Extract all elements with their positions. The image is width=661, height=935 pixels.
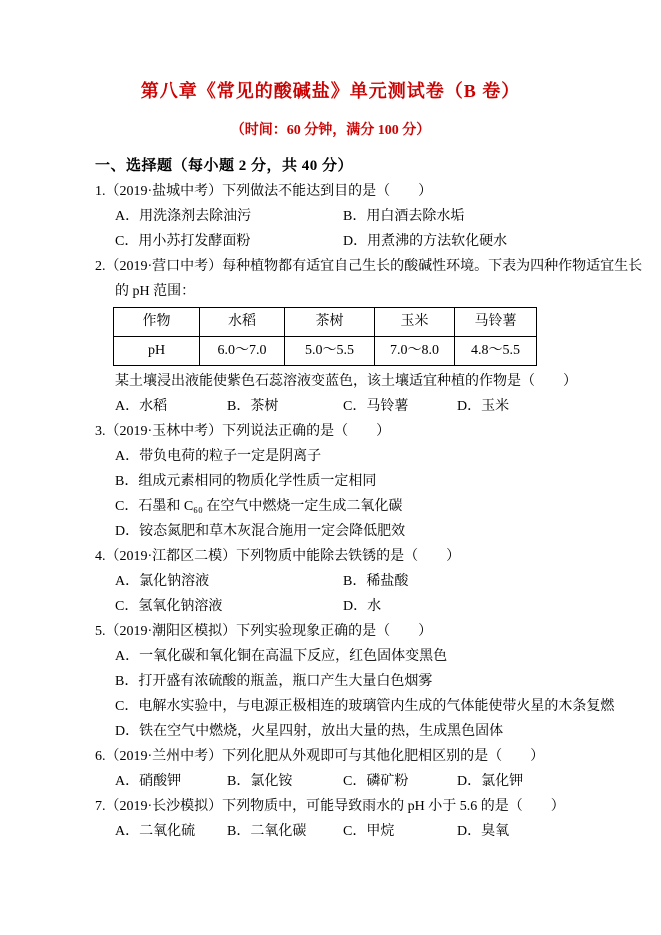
option-a: A．带负电荷的粒子一定是阴离子 [115, 444, 647, 469]
question-1: 1.（2019·盐城中考）下列做法不能达到目的是（ ） A．用洗涤剂去除油污 B… [95, 179, 647, 254]
table-header-cell: 马铃薯 [455, 308, 537, 337]
question-options: A．用洗涤剂去除油污 B．用白酒去除水垢 C．用小苏打发酵面粉 D．用煮沸的方法… [95, 204, 647, 254]
question-options: A．硝酸钾 B．氯化铵 C．磷矿粉 D．氯化钾 [95, 769, 647, 794]
option-c: C．甲烷 [343, 819, 457, 844]
option-b: B．茶树 [227, 394, 343, 419]
question-5: 5.（2019·潮阳区模拟）下列实验现象正确的是（ ） A．一氧化碳和氧化铜在高… [95, 619, 647, 744]
table-header-cell: 作物 [114, 308, 200, 337]
section-heading: 一、选择题（每小题 2 分，共 40 分） [95, 154, 647, 179]
table-header-cell: 玉米 [375, 308, 455, 337]
option-b: B．打开盛有浓硫酸的瓶盖，瓶口产生大量白色烟雾 [115, 669, 647, 694]
option-c: C．石墨和 C₆₀ 在空气中燃烧一定生成二氧化碳 [115, 494, 647, 519]
option-b: B．氯化铵 [227, 769, 343, 794]
question-4: 4.（2019·江都区二模）下列物质中能除去铁锈的是（ ） A．氯化钠溶液 B．… [95, 544, 647, 619]
question-7: 7.（2019·长沙模拟）下列物质中，可能导致雨水的 pH 小于 5.6 的是（… [95, 794, 647, 844]
option-c: C．用小苏打发酵面粉 [115, 229, 343, 254]
table-cell: 6.0～7.0 [200, 337, 285, 366]
option-c: C．磷矿粉 [343, 769, 457, 794]
option-d: D．臭氧 [457, 819, 647, 844]
option-c: C．马铃薯 [343, 394, 457, 419]
question-6: 6.（2019·兰州中考）下列化肥从外观即可与其他化肥相区别的是（ ） A．硝酸… [95, 744, 647, 794]
table-header-cell: 茶树 [285, 308, 375, 337]
option-a: A．硝酸钾 [115, 769, 227, 794]
question-options: A．氯化钠溶液 B．稀盐酸 C．氢氧化钠溶液 D．水 [95, 569, 647, 619]
table-header-cell: 水稻 [200, 308, 285, 337]
option-d: D．玉米 [457, 394, 647, 419]
page-subtitle: （时间：60 分钟，满分 100 分） [0, 119, 661, 139]
page-title: 第八章《常见的酸碱盐》单元测试卷（B 卷） [0, 0, 661, 102]
option-a: A．用洗涤剂去除油污 [115, 204, 343, 229]
table-cell: 5.0～5.5 [285, 337, 375, 366]
option-a: A．氯化钠溶液 [115, 569, 343, 594]
option-b: B．用白酒去除水垢 [343, 204, 647, 229]
question-stem: 4.（2019·江都区二模）下列物质中能除去铁锈的是（ ） [95, 544, 647, 569]
question-stem: 5.（2019·潮阳区模拟）下列实验现象正确的是（ ） [95, 619, 647, 644]
option-a: A．水稻 [115, 394, 227, 419]
question-2: 2.（2019·营口中考）每种植物都有适宜自己生长的酸碱性环境。下表为四种作物适… [95, 254, 647, 419]
question-stem: 3.（2019·玉林中考）下列说法正确的是（ ） [95, 419, 647, 444]
table-cell: 4.8～5.5 [455, 337, 537, 366]
option-a: A．一氧化碳和氧化铜在高温下反应，红色固体变黑色 [115, 644, 647, 669]
option-b: B．组成元素相同的物质化学性质一定相同 [115, 469, 647, 494]
question-followup: 某土壤浸出液能使紫色石蕊溶液变蓝色，该土壤适宜种植的作物是（ ） [95, 369, 647, 394]
crop-ph-table: 作物 水稻 茶树 玉米 马铃薯 pH 6.0～7.0 5.0～5.5 7.0～8… [113, 307, 537, 366]
table-row: pH 6.0～7.0 5.0～5.5 7.0～8.0 4.8～5.5 [114, 337, 537, 366]
question-options: A．一氧化碳和氧化铜在高温下反应，红色固体变黑色 B．打开盛有浓硫酸的瓶盖，瓶口… [95, 644, 647, 744]
question-stem: 6.（2019·兰州中考）下列化肥从外观即可与其他化肥相区别的是（ ） [95, 744, 647, 769]
option-d: D．水 [343, 594, 647, 619]
question-options: A．水稻 B．茶树 C．马铃薯 D．玉米 [95, 394, 647, 419]
option-d: D．铁在空气中燃烧，火星四射，放出大量的热，生成黑色固体 [115, 719, 647, 744]
table-cell: pH [114, 337, 200, 366]
option-d: D．用煮沸的方法软化硬水 [343, 229, 647, 254]
question-stem: 2.（2019·营口中考）每种植物都有适宜自己生长的酸碱性环境。下表为四种作物适… [95, 254, 647, 304]
table-cell: 7.0～8.0 [375, 337, 455, 366]
question-options: A．二氧化硫 B．二氧化碳 C．甲烷 D．臭氧 [95, 819, 647, 844]
option-b: B．二氧化碳 [227, 819, 343, 844]
question-stem: 7.（2019·长沙模拟）下列物质中，可能导致雨水的 pH 小于 5.6 的是（… [95, 794, 647, 819]
question-3: 3.（2019·玉林中考）下列说法正确的是（ ） A．带负电荷的粒子一定是阴离子… [95, 419, 647, 544]
question-stem: 1.（2019·盐城中考）下列做法不能达到目的是（ ） [95, 179, 647, 204]
test-paper-page: 第八章《常见的酸碱盐》单元测试卷（B 卷） （时间：60 分钟，满分 100 分… [0, 0, 661, 935]
paper-body: 一、选择题（每小题 2 分，共 40 分） 1.（2019·盐城中考）下列做法不… [95, 154, 647, 844]
option-b: B．稀盐酸 [343, 569, 647, 594]
table-header-row: 作物 水稻 茶树 玉米 马铃薯 [114, 308, 537, 337]
option-d: D．铵态氮肥和草木灰混合施用一定会降低肥效 [115, 519, 647, 544]
option-c: C．电解水实验中，与电源正极相连的玻璃管内生成的气体能使带火星的木条复燃 [115, 694, 647, 719]
option-d: D．氯化钾 [457, 769, 647, 794]
option-c: C．氢氧化钠溶液 [115, 594, 343, 619]
question-options: A．带负电荷的粒子一定是阴离子 B．组成元素相同的物质化学性质一定相同 C．石墨… [95, 444, 647, 544]
option-a: A．二氧化硫 [115, 819, 227, 844]
